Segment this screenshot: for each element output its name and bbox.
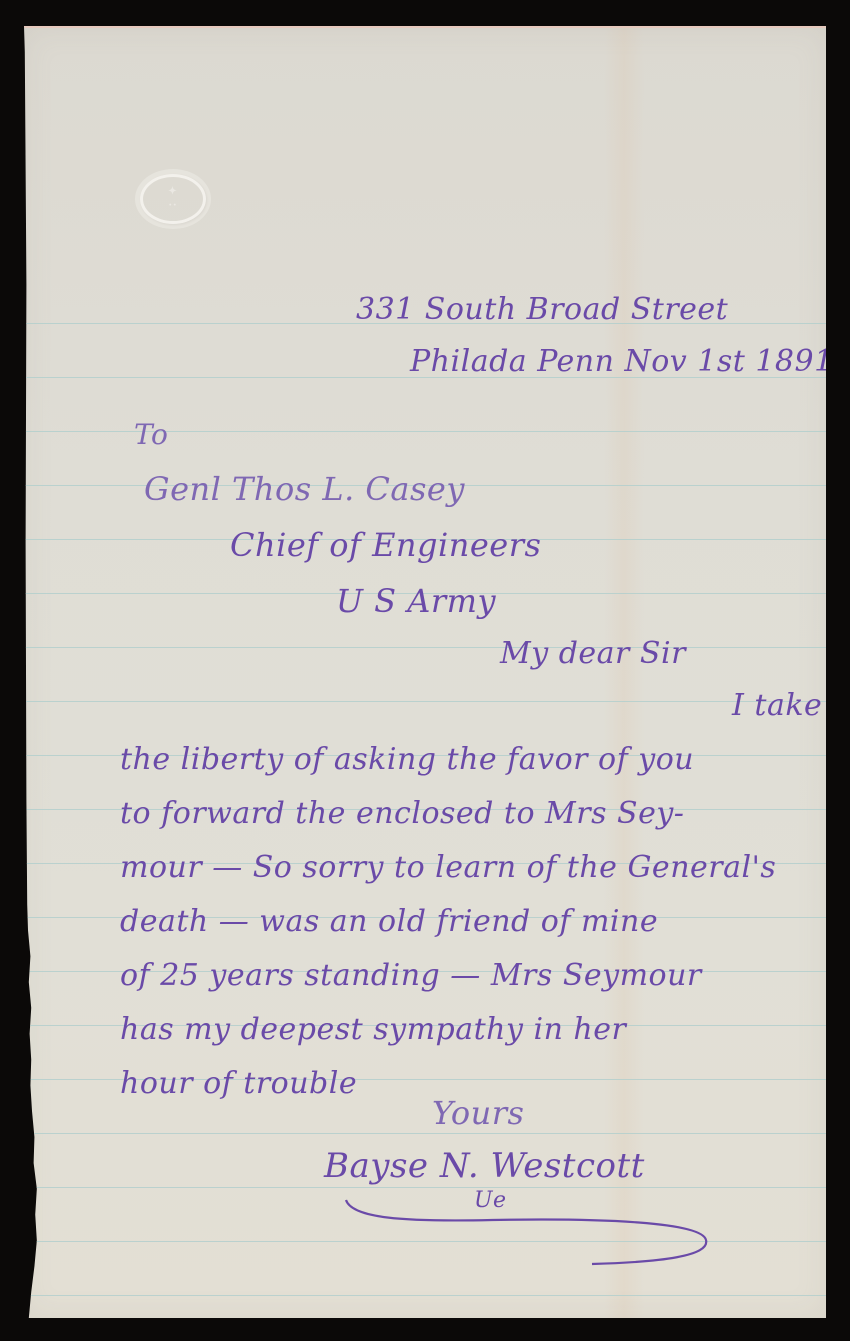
greeting: My dear Sir bbox=[500, 636, 686, 671]
ruled-line bbox=[24, 1133, 826, 1134]
address-city-date: Philada Penn Nov 1st 1891 bbox=[410, 344, 834, 379]
signature: Bayse N. Westcott bbox=[324, 1146, 645, 1186]
body-line: the liberty of asking the favor of you bbox=[120, 742, 694, 777]
signature-flourish-icon bbox=[342, 1198, 722, 1268]
recipient-title: Chief of Engineers bbox=[230, 526, 541, 564]
body-line: death — was an old friend of mine bbox=[120, 904, 658, 939]
recipient-org: U S Army bbox=[336, 582, 496, 620]
ruled-line bbox=[24, 1295, 826, 1296]
recipient-name: Genl Thos L. Casey bbox=[144, 470, 465, 508]
body-line: of 25 years standing — Mrs Seymour bbox=[120, 958, 702, 993]
body-line: I take bbox=[732, 688, 822, 723]
letter-paper: ✦·· 331 South Broad Street Philada Penn … bbox=[24, 26, 826, 1318]
ruled-line bbox=[24, 1187, 826, 1188]
to-label: To bbox=[134, 418, 168, 451]
closing: Yours bbox=[432, 1094, 524, 1132]
scan-background: ✦·· 331 South Broad Street Philada Penn … bbox=[0, 0, 850, 1341]
ruled-line bbox=[24, 647, 826, 648]
address-street: 331 South Broad Street bbox=[356, 292, 728, 327]
ruled-line bbox=[24, 701, 826, 702]
body-line: to forward the enclosed to Mrs Sey- bbox=[120, 796, 684, 831]
body-line: has my deepest sympathy in her bbox=[120, 1012, 626, 1047]
body-line: hour of trouble bbox=[120, 1066, 357, 1101]
body-line: mour — So sorry to learn of the General'… bbox=[120, 850, 776, 885]
embossed-seal-icon: ✦·· bbox=[140, 174, 206, 224]
paper-fold-crease bbox=[604, 28, 644, 1318]
